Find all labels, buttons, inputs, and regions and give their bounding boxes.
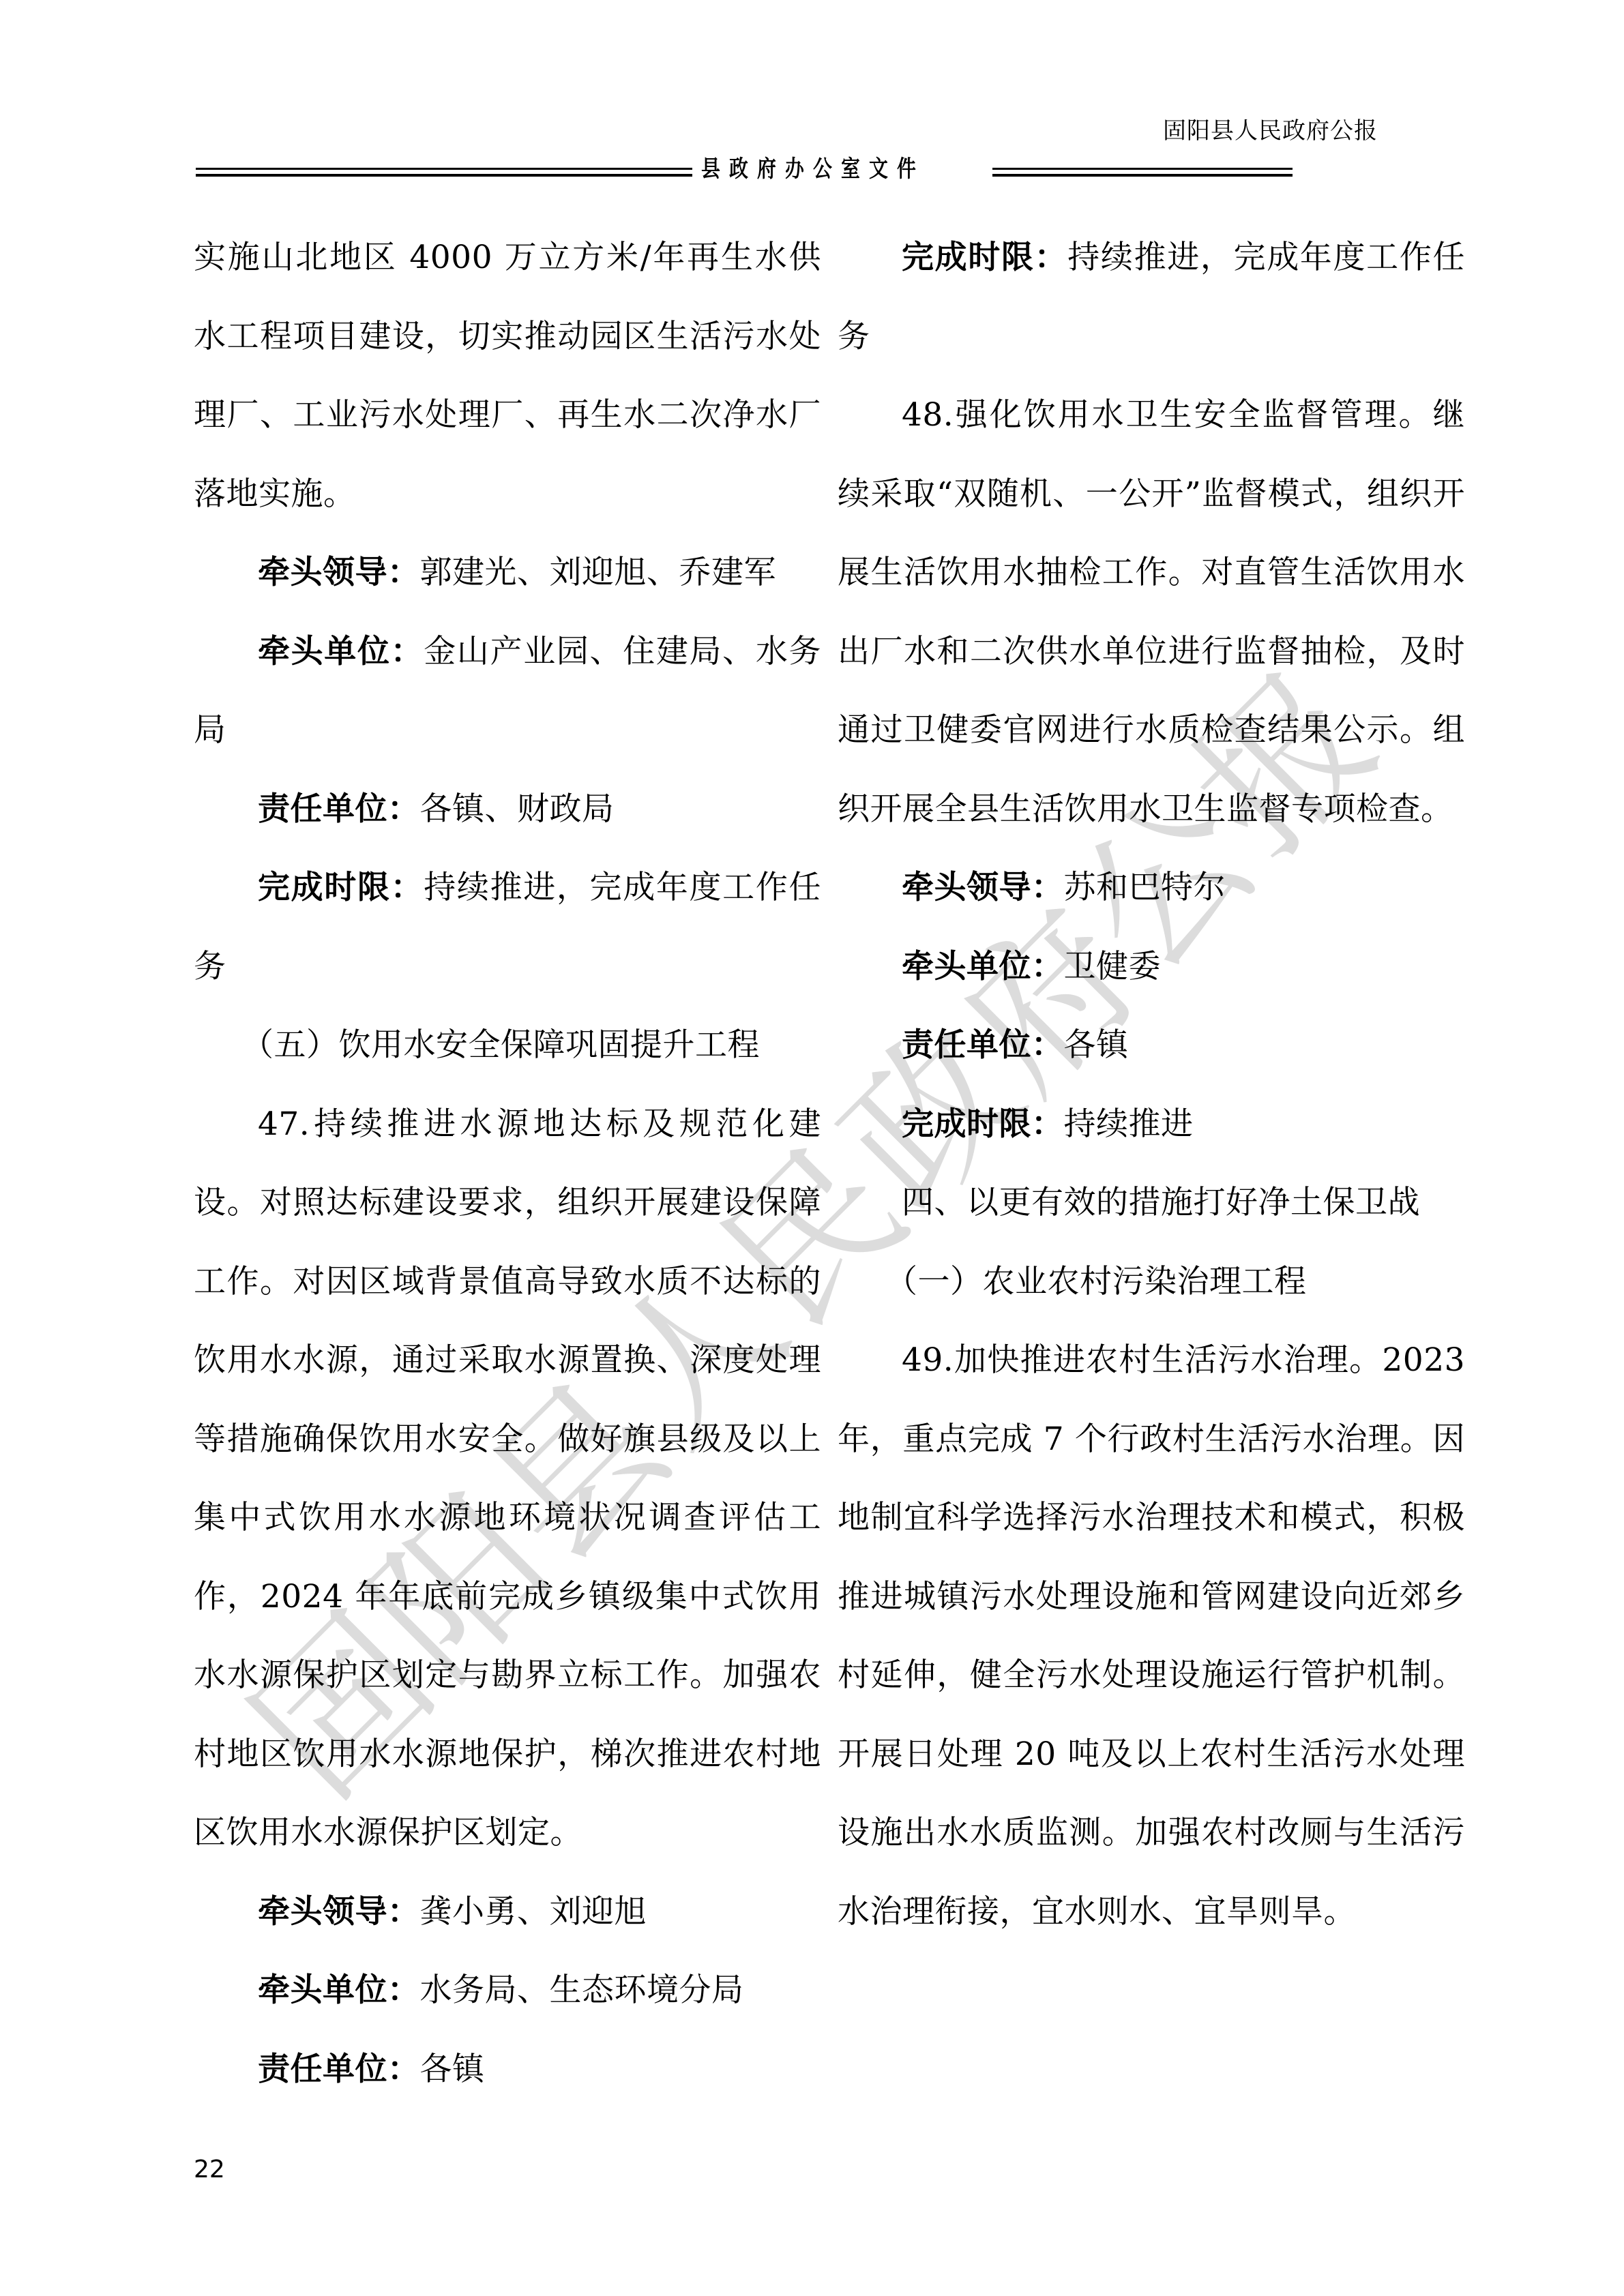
section-heading-drinking-water: （五）饮用水安全保障巩固提升工程 <box>194 1006 821 1085</box>
item-48-lead-leader-line: 牵头领导：苏和巴特尔 <box>838 848 1465 927</box>
responsible-unit-value: 各镇、财政局 <box>420 790 615 828</box>
header-double-rule-right <box>992 151 1293 185</box>
item-47-paragraph: 47.持续推进水源地达标及规范化建设。对照达标建设要求，组织开展建设保障工作。对… <box>194 1085 821 1873</box>
paragraph-water-supply-project: 实施山北地区 4000 万立方米/年再生水供水工程项目建设，切实推动园区生活污水… <box>194 218 821 533</box>
rule-line <box>196 168 692 170</box>
lead-unit-line: 牵头单位：金山产业园、住建局、水务局 <box>194 612 821 770</box>
left-column: 实施山北地区 4000 万立方米/年再生水供水工程项目建设，切实推动园区生活污水… <box>194 218 821 2108</box>
document-page: 固阳县人民政府公报 县政府办公室文件 固阳县人民政府公报 实施山北地区 4000… <box>0 0 1624 2296</box>
rule-line <box>196 174 692 177</box>
lead-unit-label: 牵头单位： <box>258 1971 420 2009</box>
responsible-unit-label: 责任单位： <box>258 790 420 828</box>
lead-unit-value: 水务局、生态环境分局 <box>420 1971 744 2009</box>
responsible-unit-value: 各镇 <box>420 2051 485 2088</box>
lead-leader-line: 牵头领导：郭建光、刘迎旭、乔建军 <box>194 533 821 612</box>
header-double-rule-left <box>196 151 692 185</box>
lead-unit-value: 卫健委 <box>1064 948 1162 985</box>
item-48-deadline-line: 完成时限：持续推进 <box>838 1085 1465 1164</box>
lead-leader-value: 龚小勇、刘迎旭 <box>420 1893 647 1930</box>
item-47-responsible-unit-line: 责任单位：各镇 <box>194 2030 821 2109</box>
deadline-label: 完成时限： <box>258 869 424 906</box>
responsible-unit-line: 责任单位：各镇、财政局 <box>194 770 821 849</box>
item-49-paragraph: 49.加快推进农村生活污水治理。2023 年，重点完成 7 个行政村生活污水治理… <box>838 1321 1465 1951</box>
journal-title: 固阳县人民政府公报 <box>1023 117 1378 145</box>
chapter-heading-soil-protection: 四、以更有效的措施打好净土保卫战 <box>838 1163 1465 1242</box>
section-heading-rural-pollution: （一）农业农村污染治理工程 <box>838 1242 1465 1322</box>
lead-leader-label: 牵头领导： <box>902 869 1064 906</box>
item-48-paragraph: 48.强化饮用水卫生安全监督管理。继续采取“双随机、一公开”监督模式，组织开展生… <box>838 376 1465 848</box>
deadline-value: 持续推进 <box>1064 1105 1194 1143</box>
lead-unit-label: 牵头单位： <box>258 633 424 670</box>
deadline-label: 完成时限： <box>902 239 1067 276</box>
lead-leader-value: 郭建光、刘迎旭、乔建军 <box>420 554 777 591</box>
right-column: 完成时限：持续推进，完成年度工作任务 48.强化饮用水卫生安全监督管理。继续采取… <box>838 218 1465 1951</box>
item-48-responsible-unit-line: 责任单位：各镇 <box>838 1006 1465 1085</box>
rule-line <box>992 168 1293 170</box>
lead-leader-label: 牵头领导： <box>258 554 420 591</box>
item-47-deadline-line: 完成时限：持续推进，完成年度工作任务 <box>838 218 1465 376</box>
deadline-label: 完成时限： <box>902 1105 1064 1143</box>
page-number: 22 <box>194 2155 225 2185</box>
responsible-unit-label: 责任单位： <box>902 1026 1064 1064</box>
item-47-lead-leader-line: 牵头领导：龚小勇、刘迎旭 <box>194 1873 821 1952</box>
lead-unit-label: 牵头单位： <box>902 948 1064 985</box>
item-48-lead-unit-line: 牵头单位：卫健委 <box>838 927 1465 1007</box>
lead-leader-value: 苏和巴特尔 <box>1064 869 1226 906</box>
office-document-label: 县政府办公室文件 <box>701 155 930 183</box>
item-47-lead-unit-line: 牵头单位：水务局、生态环境分局 <box>194 1951 821 2030</box>
responsible-unit-value: 各镇 <box>1064 1026 1129 1064</box>
rule-line <box>992 174 1293 177</box>
lead-leader-label: 牵头领导： <box>258 1893 420 1930</box>
responsible-unit-label: 责任单位： <box>258 2051 420 2088</box>
deadline-line: 完成时限：持续推进，完成年度工作任务 <box>194 848 821 1006</box>
